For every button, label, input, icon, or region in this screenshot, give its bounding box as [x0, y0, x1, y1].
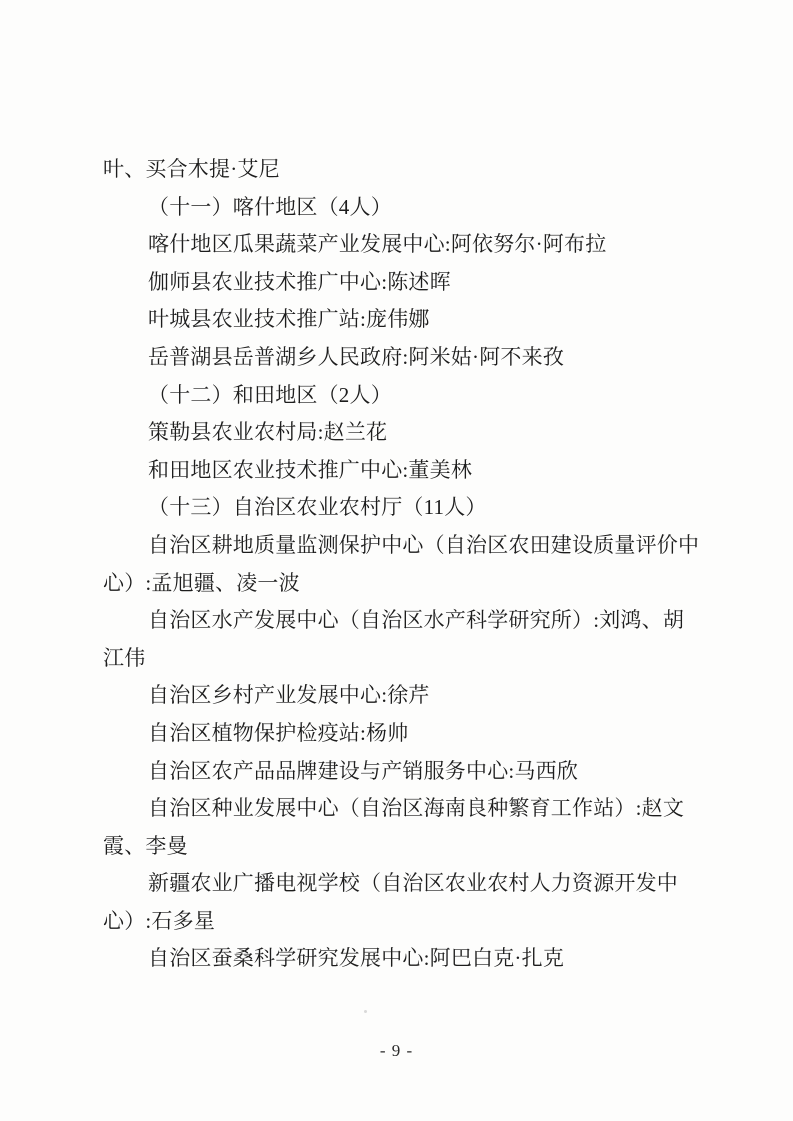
text-line: 自治区耕地质量监测保护中心（自治区农田建设质量评价中: [103, 527, 733, 565]
page-footer: - 9 -: [0, 1041, 793, 1061]
text-line: 自治区植物保护检疫站:杨帅: [103, 715, 733, 753]
text-line: 和田地区农业技术推广中心:董美林: [103, 452, 733, 490]
text-line: 自治区乡村产业发展中心:徐芹: [103, 677, 733, 715]
scan-speckle: [364, 1010, 367, 1013]
text-line: 伽师县农业技术推广中心:陈述晖: [103, 264, 733, 302]
text-line: 喀什地区瓜果蔬菜产业发展中心:阿依努尔·阿布拉: [103, 226, 733, 264]
text-line: 策勒县农业农村局:赵兰花: [103, 414, 733, 452]
text-line: 心）:石多星: [103, 903, 733, 941]
text-line: 叶城县农业技术推广站:庞伟娜: [103, 301, 733, 339]
text-line: 新疆农业广播电视学校（自治区农业农村人力资源开发中: [103, 865, 733, 903]
page-number: - 9 -: [380, 1041, 413, 1060]
text-line: 自治区农产品品牌建设与产销服务中心:马西欣: [103, 753, 733, 791]
text-line: 叶、买合木提·艾尼: [103, 151, 733, 189]
text-line: 自治区种业发展中心（自治区海南良种繁育工作站）:赵文: [103, 790, 733, 828]
document-body: 叶、买合木提·艾尼（十一）喀什地区（4人）喀什地区瓜果蔬菜产业发展中心:阿依努尔…: [103, 151, 733, 978]
text-line: 霞、李曼: [103, 828, 733, 866]
text-line: （十二）和田地区（2人）: [103, 377, 733, 415]
text-line: 自治区水产发展中心（自治区水产科学研究所）:刘鸿、胡: [103, 602, 733, 640]
text-line: （十一）喀什地区（4人）: [103, 189, 733, 227]
text-line: 自治区蚕桑科学研究发展中心:阿巴白克·扎克: [103, 940, 733, 978]
text-line: 心）:孟旭疆、凌一波: [103, 565, 733, 603]
text-line: 岳普湖县岳普湖乡人民政府:阿米姑·阿不来孜: [103, 339, 733, 377]
text-line: （十三）自治区农业农村厅（11人）: [103, 489, 733, 527]
text-line: 江伟: [103, 640, 733, 678]
document-page: 叶、买合木提·艾尼（十一）喀什地区（4人）喀什地区瓜果蔬菜产业发展中心:阿依努尔…: [0, 0, 793, 1121]
